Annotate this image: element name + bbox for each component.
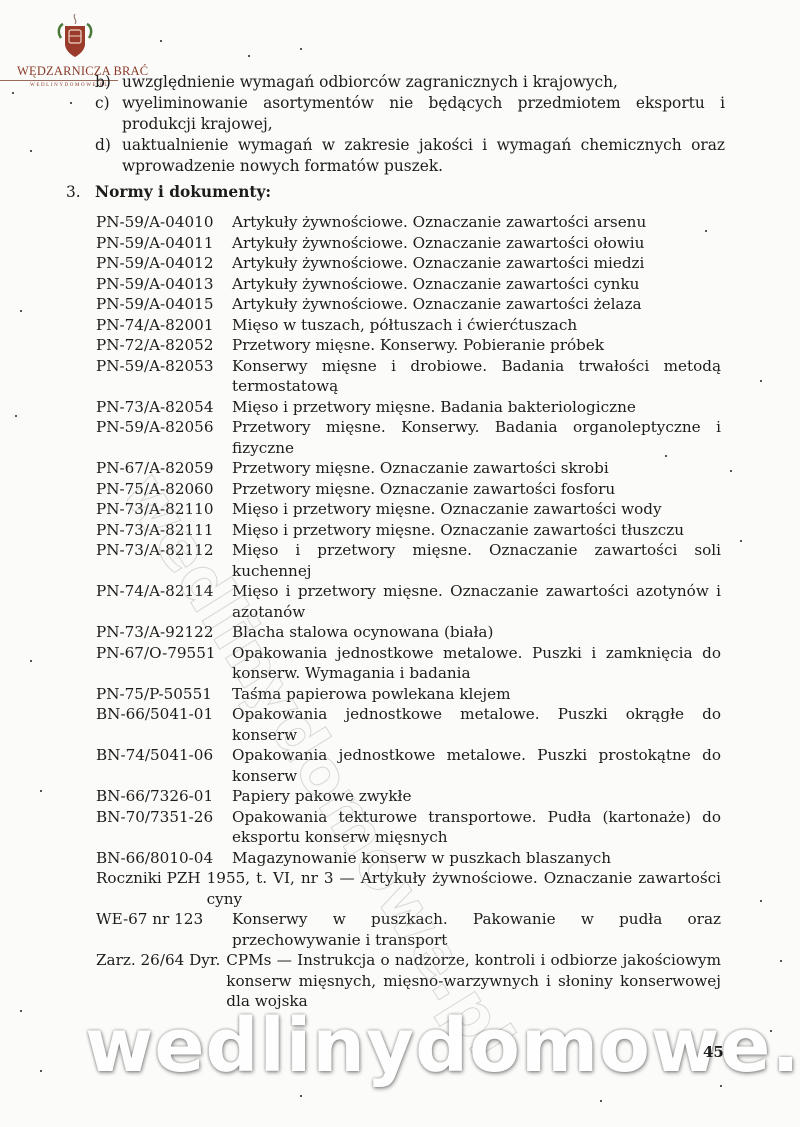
norm-description: Przetwory mięsne. Oznaczanie zawartości … xyxy=(232,458,721,479)
norm-description: Przetwory mięsne. Konserwy. Badania orga… xyxy=(232,417,721,458)
norm-row: BN-66/5041-01Opakowania jednostkowe meta… xyxy=(96,704,721,745)
norm-description: Mięso i przetwory mięsne. Oznaczanie zaw… xyxy=(232,581,721,622)
speck xyxy=(720,1085,722,1087)
norm-description: Magazynowanie konserw w puszkach blaszan… xyxy=(232,848,721,869)
norm-row: PN-59/A-04012Artykuły żywnościowe. Oznac… xyxy=(96,253,721,274)
norm-row: PN-74/A-82001Mięso w tuszach, półtuszach… xyxy=(96,315,721,336)
speck xyxy=(780,960,782,962)
list-marker: c) xyxy=(95,93,122,135)
norm-code: BN-66/8010-04 xyxy=(96,848,232,869)
norm-code: PN-59/A-82056 xyxy=(96,417,232,458)
norm-description: Mięso i przetwory mięsne. Badania bakter… xyxy=(232,397,721,418)
section-heading: 3.Normy i dokumenty: xyxy=(66,183,271,201)
norm-code: PN-73/A-82054 xyxy=(96,397,232,418)
norm-description: Artykuły żywnościowe. Oznaczanie zawarto… xyxy=(232,253,721,274)
section-number: 3. xyxy=(66,183,95,201)
speck xyxy=(40,1070,42,1072)
speck xyxy=(248,55,250,57)
speck xyxy=(760,900,762,902)
list-item: d) uaktualnienie wymagań w zakresie jako… xyxy=(95,135,725,177)
norm-row: PN-59/A-82053Konserwy mięsne i drobiowe.… xyxy=(96,356,721,397)
norm-code: PN-59/A-82053 xyxy=(96,356,232,397)
speck xyxy=(300,48,302,50)
norm-row: PN-59/A-04015Artykuły żywnościowe. Oznac… xyxy=(96,294,721,315)
norm-description: Artykuły żywnościowe. Oznaczanie zawarto… xyxy=(232,274,721,295)
norm-description: Artykuły żywnościowe. Oznaczanie zawarto… xyxy=(232,294,721,315)
norm-row: PN-67/O-79551Opakowania jednostkowe meta… xyxy=(96,643,721,684)
intro-list: b) uwzględnienie wymagań odbiorców zagra… xyxy=(95,72,725,177)
norm-row: PN-59/A-04010Artykuły żywnościowe. Oznac… xyxy=(96,212,721,233)
speck xyxy=(20,310,22,312)
norm-code: Roczniki PZH xyxy=(96,868,201,909)
norm-description: Konserwy mięsne i drobiowe. Badania trwa… xyxy=(232,356,721,397)
norm-code: PN-59/A-04012 xyxy=(96,253,232,274)
norm-description: 1955, t. VI, nr 3 — Artykuły żywnościowe… xyxy=(207,868,721,909)
norm-description: Mięso i przetwory mięsne. Oznaczanie zaw… xyxy=(232,540,721,581)
speck xyxy=(705,230,707,232)
speck xyxy=(20,1010,22,1012)
norm-code: PN-59/A-04011 xyxy=(96,233,232,254)
list-text: uaktualnienie wymagań w zakresie jakości… xyxy=(122,135,725,177)
list-marker: d) xyxy=(95,135,122,177)
bottom-watermark: wedlinydomowe.pl xyxy=(85,1003,800,1089)
speck xyxy=(30,660,32,662)
list-text: uwzględnienie wymagań odbiorców zagranic… xyxy=(122,72,725,93)
norm-description: Mięso i przetwory mięsne. Oznaczanie zaw… xyxy=(232,520,721,541)
norm-code: BN-70/7351-26 xyxy=(96,807,232,848)
norm-code: PN-72/A-82052 xyxy=(96,335,232,356)
norm-description: Przetwory mięsne. Oznaczanie zawartości … xyxy=(232,479,721,500)
speck xyxy=(15,415,17,417)
norm-row: PN-73/A-82054Mięso i przetwory mięsne. B… xyxy=(96,397,721,418)
norm-code: BN-66/7326-01 xyxy=(96,786,232,807)
speck xyxy=(600,1100,602,1102)
smokehouse-crest-icon xyxy=(55,12,95,60)
speck xyxy=(730,470,732,472)
norm-row: PN-59/A-04013Artykuły żywnościowe. Oznac… xyxy=(96,274,721,295)
norm-row: PN-67/A-82059Przetwory mięsne. Oznaczani… xyxy=(96,458,721,479)
norm-code: BN-66/5041-01 xyxy=(96,704,232,745)
list-marker: b) xyxy=(95,72,122,93)
speck xyxy=(160,40,162,42)
speck xyxy=(12,92,14,94)
norm-description: Artykuły żywnościowe. Oznaczanie zawarto… xyxy=(232,212,721,233)
norm-code: PN-59/A-04010 xyxy=(96,212,232,233)
speck xyxy=(30,150,32,152)
norm-code: PN-74/A-82001 xyxy=(96,315,232,336)
speck xyxy=(300,1095,302,1097)
speck xyxy=(770,1030,772,1032)
norm-row: BN-66/7326-01Papiery pakowe zwykłe xyxy=(96,786,721,807)
speck xyxy=(760,380,762,382)
norm-code: BN-74/5041-06 xyxy=(96,745,232,786)
norm-code: PN-59/A-04013 xyxy=(96,274,232,295)
speck xyxy=(740,540,742,542)
norm-code: WE-67 nr 123 xyxy=(96,909,232,950)
norm-code: PN-59/A-04015 xyxy=(96,294,232,315)
page-number: 45 xyxy=(703,1043,724,1061)
norm-description: Blacha stalowa ocynowana (biała) xyxy=(232,622,721,643)
norm-description: Przetwory mięsne. Konserwy. Pobieranie p… xyxy=(232,335,721,356)
norm-description: Mięso i przetwory mięsne. Oznaczanie zaw… xyxy=(232,499,721,520)
list-item: c) wyeliminowanie asortymentów nie będąc… xyxy=(95,93,725,135)
norm-row: BN-74/5041-06Opakowania jednostkowe meta… xyxy=(96,745,721,786)
list-text: wyeliminowanie asortymentów nie będących… xyxy=(122,93,725,135)
speck xyxy=(665,455,667,457)
norm-description: Konserwy w puszkach. Pakowanie w pudła o… xyxy=(232,909,721,950)
norm-description: Mięso w tuszach, półtuszach i ćwierćtusz… xyxy=(232,315,721,336)
speck xyxy=(40,790,42,792)
norm-description: Artykuły żywnościowe. Oznaczanie zawarto… xyxy=(232,233,721,254)
speck xyxy=(70,102,72,104)
norm-row: PN-75/P-50551Taśma papierowa powlekana k… xyxy=(96,684,721,705)
norm-row: PN-59/A-82056Przetwory mięsne. Konserwy.… xyxy=(96,417,721,458)
norm-row: PN-72/A-82052Przetwory mięsne. Konserwy.… xyxy=(96,335,721,356)
norm-row: PN-59/A-04011Artykuły żywnościowe. Oznac… xyxy=(96,233,721,254)
list-item: b) uwzględnienie wymagań odbiorców zagra… xyxy=(95,72,725,93)
section-title: Normy i dokumenty: xyxy=(95,183,271,201)
norm-code: PN-75/P-50551 xyxy=(96,684,232,705)
